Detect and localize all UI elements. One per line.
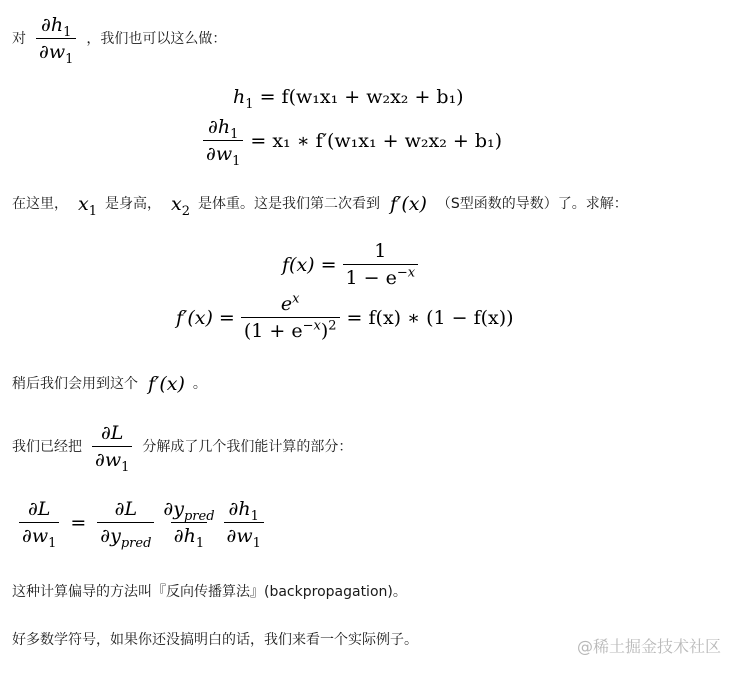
equation-dh1-dw1: ∂h1 ∂w1 = x₁ ∗ f′(w₁x₁ + w₂x₂ + b₁)	[200, 116, 502, 165]
equation-sigmoid: f(x) = 1 1 − e−x	[282, 240, 421, 289]
text: 分解成了几个我们能计算的部分：	[142, 437, 352, 457]
text: 稍后我们会用到这个	[12, 374, 138, 394]
paragraph-example: 好多数学符号，如果你还没搞明白的话，我们来看一个实际例子。	[12, 630, 418, 650]
paragraph-intro: 对 ∂h1 ∂w1 ，我们也可以这么做：	[12, 14, 226, 63]
math-x2: x2	[171, 194, 190, 214]
watermark: @稀土掘金技术社区	[577, 634, 721, 657]
fraction-dL-dw1: ∂L ∂w1	[92, 422, 132, 471]
paragraph-explanation: 在这里， x1 是身高， x2 是体重。这是我们第二次看到 f′(x) （S型函…	[12, 194, 628, 214]
text: 是体重。这是我们第二次看到	[198, 194, 380, 214]
text: ，我们也可以这么做：	[86, 29, 226, 49]
text: 我们已经把	[12, 437, 82, 457]
equation-sigmoid-derivative: f′(x) = ex (1 + e−x)2 = f(x) ∗ (1 − f(x)…	[176, 293, 514, 342]
text: 对	[12, 29, 26, 49]
equation-h1: h1 = f(w₁x₁ + w₂x₂ + b₁)	[233, 86, 464, 108]
text: 在这里，	[12, 194, 68, 214]
math-fprime: f′(x)	[390, 194, 427, 214]
text: （S型函数的导数）了。求解：	[437, 194, 628, 214]
paragraph-later-use: 稍后我们会用到这个 f′(x) 。	[12, 374, 207, 394]
math-fprime: f′(x)	[148, 374, 185, 394]
math-x1: x1	[78, 194, 97, 214]
text: 。	[193, 374, 207, 394]
text: 是身高，	[105, 194, 161, 214]
paragraph-decomposed: 我们已经把 ∂L ∂w1 分解成了几个我们能计算的部分：	[12, 422, 352, 471]
equation-chain-rule: ∂L ∂w1 = ∂L ∂ypred ∂ypred ∂h1 ∂h1 ∂w1	[16, 498, 267, 547]
paragraph-backprop: 这种计算偏导的方法叫『反向传播算法』(backpropagation)。	[12, 582, 407, 602]
fraction-dh1-dw1: ∂h1 ∂w1	[36, 14, 76, 63]
